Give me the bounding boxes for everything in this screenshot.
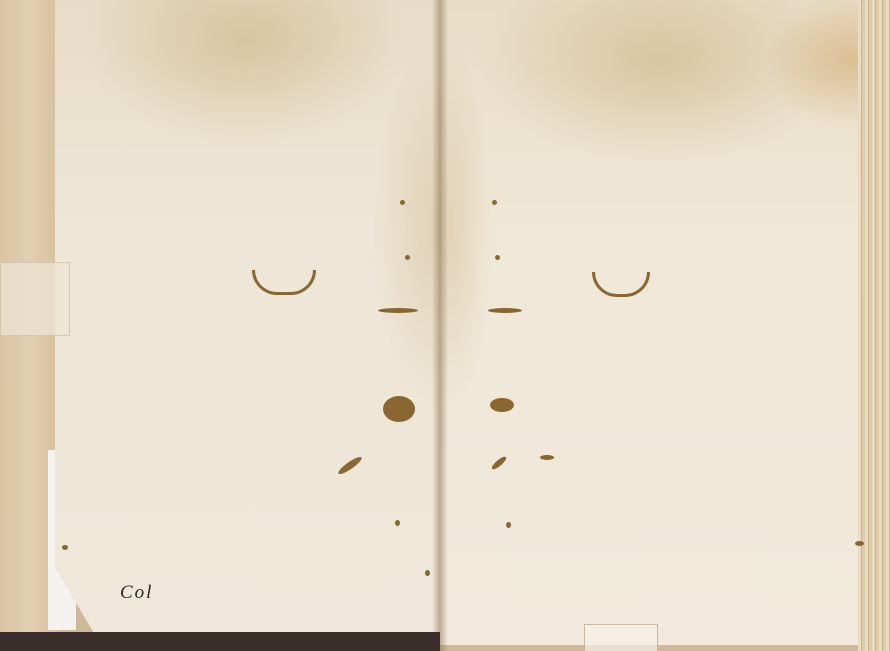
stain-dot — [855, 541, 864, 546]
book-photo: Col — [0, 0, 890, 651]
stain-dot — [62, 545, 68, 550]
book-gutter — [432, 0, 448, 651]
stain-dot — [492, 200, 497, 205]
stain-dot — [400, 200, 405, 205]
paper-slip — [584, 624, 658, 651]
left-page — [55, 0, 440, 645]
stain-streak — [488, 308, 522, 313]
stain-dot — [425, 570, 430, 576]
stain-dot — [395, 520, 400, 526]
dark-surface — [0, 632, 440, 651]
stain-streak — [378, 308, 418, 313]
stain-dot — [506, 522, 511, 528]
stain-streak — [540, 455, 554, 460]
page-fore-edge — [858, 0, 890, 651]
stain-dot — [495, 255, 500, 260]
handwritten-annotation: Col — [120, 582, 153, 604]
stain-blot — [383, 396, 415, 422]
stain-dot — [405, 255, 410, 260]
stain-blot — [490, 398, 514, 412]
repair-tape — [0, 262, 70, 336]
right-page — [440, 0, 860, 645]
